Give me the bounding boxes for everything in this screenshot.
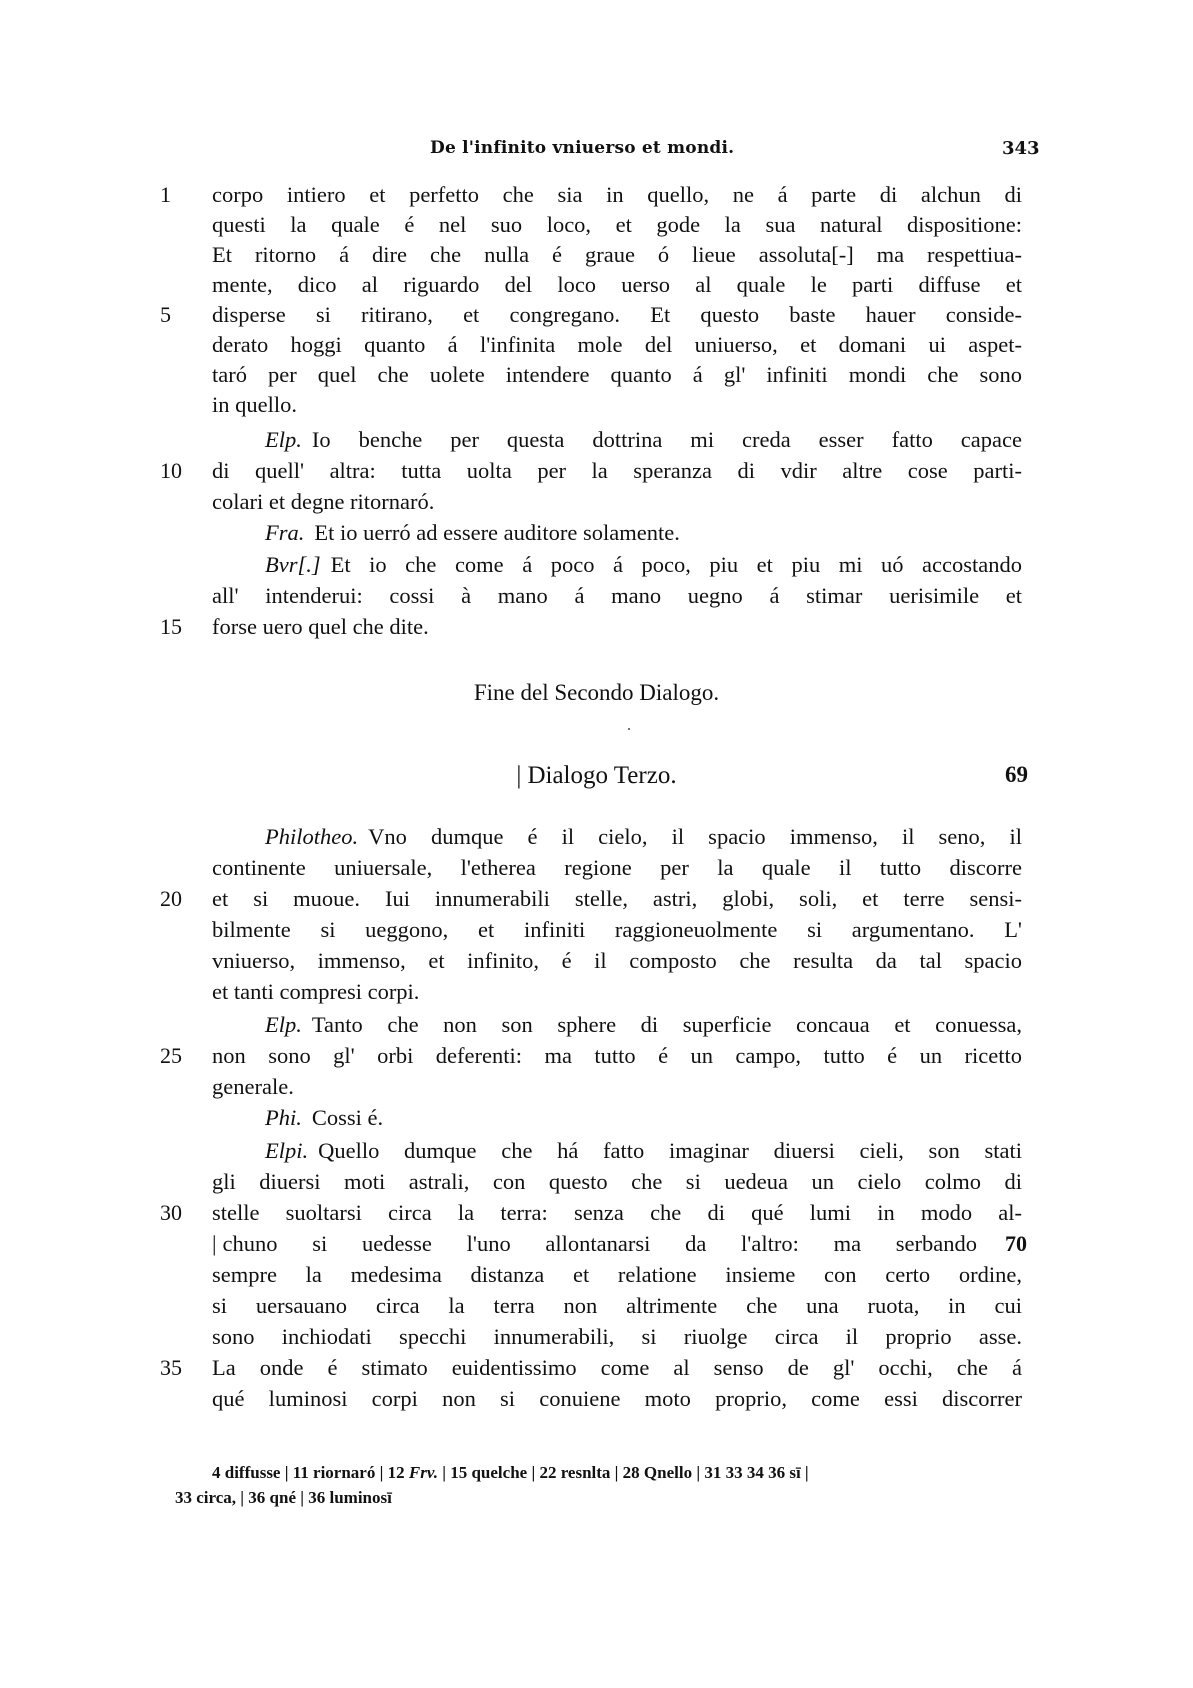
- line-number: 30: [160, 1198, 200, 1228]
- footnote-text: 4 diffusse | 11 riornaró | 12: [212, 1463, 409, 1482]
- text-line: mente, dico al riguardo del loco uerso a…: [0, 270, 1193, 300]
- section-end-heading: Fine del Secondo Dialogo.: [0, 680, 1193, 706]
- line-text: disperse si ritirano, et congregano. Et …: [212, 300, 1022, 330]
- text-line: 5 disperse si ritirano, et congregano. E…: [0, 300, 1193, 330]
- line-text: gli diuersi moti astrali, con questo che…: [212, 1167, 1022, 1197]
- line-text: Et io uerró ad essere auditore solamente…: [314, 520, 679, 545]
- line-text: mente, dico al riguardo del loco uerso a…: [212, 270, 1022, 300]
- page-break-marker: |: [212, 1229, 217, 1259]
- line-text: colari et degne ritornaró.: [212, 487, 1022, 517]
- page-number: 343: [1002, 138, 1040, 159]
- line-text: La onde é stimato euidentissimo come al …: [212, 1353, 1022, 1383]
- line-number: 5: [160, 300, 200, 330]
- line-text: Et ritorno á dire che nulla é graue ó li…: [212, 240, 1022, 270]
- text-line: Philotheo.Vno dumque é il cielo, il spac…: [0, 822, 1193, 852]
- text-line: 15 forse uero quel che dite.: [0, 612, 1193, 642]
- text-line: taró per quel che uolete intendere quant…: [0, 360, 1193, 390]
- text-line: Elpi.Quello dumque che há fatto imaginar…: [0, 1136, 1193, 1166]
- speech: Fra.Et io uerró ad essere auditore solam…: [265, 518, 1022, 548]
- line-text: Et io che come á poco á poco, piu et piu…: [331, 552, 1022, 577]
- speaker-name: Philotheo.: [265, 824, 358, 849]
- speaker-name: Bvr[.]: [265, 552, 321, 577]
- running-header: De l'infinito vniuerso et mondi. 343: [0, 138, 1193, 168]
- page-break-marker: |: [516, 762, 521, 790]
- text-line: Bvr[.]Et io che come á poco á poco, piu …: [0, 550, 1193, 580]
- text-line: vniuerso, immenso, et infinito, é il com…: [0, 946, 1193, 976]
- margin-page-number: 69: [1005, 762, 1028, 788]
- line-text: Io benche per questa dottrina mi creda e…: [312, 427, 1022, 452]
- text-line: colari et degne ritornaró.: [0, 487, 1193, 517]
- speech: Elp.Tanto che non son sphere di superfic…: [265, 1010, 1022, 1040]
- text-line: 25 non sono gl' orbi deferenti: ma tutto…: [0, 1041, 1193, 1071]
- line-text: Vno dumque é il cielo, il spacio immenso…: [368, 824, 1022, 849]
- line-text: taró per quel che uolete intendere quant…: [212, 360, 1022, 390]
- speaker-name: Fra.: [265, 520, 304, 545]
- document-page: De l'infinito vniuerso et mondi. 343 1 c…: [0, 0, 1193, 1688]
- line-text: Tanto che non son sphere di superficie c…: [312, 1012, 1022, 1037]
- footnote-text: | 15 quelche | 22 resnlta | 28 Qnello | …: [438, 1463, 809, 1482]
- speech: Philotheo.Vno dumque é il cielo, il spac…: [265, 822, 1022, 852]
- text-line: gli diuersi moti astrali, con questo che…: [0, 1167, 1193, 1197]
- line-text: qué luminosi corpi non si conuiene moto …: [212, 1384, 1022, 1414]
- text-line: Phi.Cossi é.: [0, 1103, 1193, 1133]
- speech: Phi.Cossi é.: [265, 1103, 1022, 1133]
- text-line: questi la quale é nel suo loco, et gode …: [0, 210, 1193, 240]
- speck: [628, 728, 630, 730]
- speech: Elpi.Quello dumque che há fatto imaginar…: [265, 1136, 1022, 1166]
- text-line: 10 di quell' altra: tutta uolta per la s…: [0, 456, 1193, 486]
- text-line: in quello.: [0, 390, 1193, 420]
- line-text: corpo intiero et perfetto che sia in que…: [212, 180, 1022, 210]
- running-title: De l'infinito vniuerso et mondi.: [430, 138, 734, 158]
- speech: Elp.Io benche per questa dottrina mi cre…: [265, 425, 1022, 455]
- text-line: continente uniuersale, l'etherea regione…: [0, 853, 1193, 883]
- speech: Bvr[.]Et io che come á poco á poco, piu …: [265, 550, 1022, 580]
- section-title: Dialogo Terzo.: [527, 762, 676, 789]
- footnotes-apparatus: 4 diffusse | 11 riornaró | 12 Frv. | 15 …: [212, 1458, 1032, 1488]
- line-number: 20: [160, 884, 200, 914]
- speaker-name: Elpi.: [265, 1138, 308, 1163]
- line-number: 25: [160, 1041, 200, 1071]
- line-text: generale.: [212, 1072, 1022, 1102]
- line-text: |chuno si uedesse l'uno allontanarsi da …: [212, 1229, 977, 1259]
- text-line: 35 La onde é stimato euidentissimo come …: [0, 1353, 1193, 1383]
- line-text: forse uero quel che dite.: [212, 612, 1022, 642]
- footnote-italic: Frv.: [409, 1463, 438, 1482]
- text-line: et tanti compresi corpi.: [0, 977, 1193, 1007]
- text-line: sono inchiodati specchi innumerabili, si…: [0, 1322, 1193, 1352]
- line-text: et si muoue. Iui innumerabili stelle, as…: [212, 884, 1022, 914]
- line-text: si uersauano circa la terra non altrimen…: [212, 1291, 1022, 1321]
- line-number: 10: [160, 456, 200, 486]
- line-text: sono inchiodati specchi innumerabili, si…: [212, 1322, 1022, 1352]
- footnote-line-2: 33 circa, | 36 qné | 36 luminosī: [175, 1488, 392, 1508]
- line-text: bilmente si ueggono, et infiniti raggion…: [212, 915, 1022, 945]
- text-line: generale.: [0, 1072, 1193, 1102]
- text-line: all' intenderui: cossi à mano á mano ueg…: [0, 581, 1193, 611]
- line-text: stelle suoltarsi circa la terra: senza c…: [212, 1198, 1022, 1228]
- text-line: Et ritorno á dire che nulla é graue ó li…: [0, 240, 1193, 270]
- line-text: Cossi é.: [312, 1105, 383, 1130]
- speaker-name: Phi.: [265, 1105, 302, 1130]
- line-text: non sono gl' orbi deferenti: ma tutto é …: [212, 1041, 1022, 1071]
- text-line: 30 stelle suoltarsi circa la terra: senz…: [0, 1198, 1193, 1228]
- line-text: Quello dumque che há fatto imaginar diue…: [318, 1138, 1022, 1163]
- line-text: derato hoggi quanto á l'infinita mole de…: [212, 330, 1022, 360]
- line-text: continente uniuersale, l'etherea regione…: [212, 853, 1022, 883]
- line-number: 35: [160, 1353, 200, 1383]
- speaker-name: Elp.: [265, 1012, 302, 1037]
- line-text: di quell' altra: tutta uolta per la sper…: [212, 456, 1022, 486]
- text-line: 1 corpo intiero et perfetto che sia in q…: [0, 180, 1193, 210]
- text-line: 20 et si muoue. Iui innumerabili stelle,…: [0, 884, 1193, 914]
- text-line: sempre la medesima distanza et relatione…: [0, 1260, 1193, 1290]
- text-line: Fra.Et io uerró ad essere auditore solam…: [0, 518, 1193, 548]
- text-line: derato hoggi quanto á l'infinita mole de…: [0, 330, 1193, 360]
- text-line: qué luminosi corpi non si conuiene moto …: [0, 1384, 1193, 1414]
- line-text: questi la quale é nel suo loco, et gode …: [212, 210, 1022, 240]
- line-text-content: chuno si uedesse l'uno allontanarsi da l…: [223, 1231, 977, 1256]
- line-text: vniuerso, immenso, et infinito, é il com…: [212, 946, 1022, 976]
- line-text: sempre la medesima distanza et relatione…: [212, 1260, 1022, 1290]
- text-line: si uersauano circa la terra non altrimen…: [0, 1291, 1193, 1321]
- line-number: 15: [160, 612, 200, 642]
- line-number: 1: [160, 180, 200, 210]
- text-line: Elp.Io benche per questa dottrina mi cre…: [0, 425, 1193, 455]
- text-line: bilmente si ueggono, et infiniti raggion…: [0, 915, 1193, 945]
- line-text: et tanti compresi corpi.: [212, 977, 1022, 1007]
- speaker-name: Elp.: [265, 427, 302, 452]
- line-text: in quello.: [212, 390, 1022, 420]
- margin-page-number: 70: [1005, 1229, 1027, 1259]
- text-line: Elp.Tanto che non son sphere di superfic…: [0, 1010, 1193, 1040]
- line-text: all' intenderui: cossi à mano á mano ueg…: [212, 581, 1022, 611]
